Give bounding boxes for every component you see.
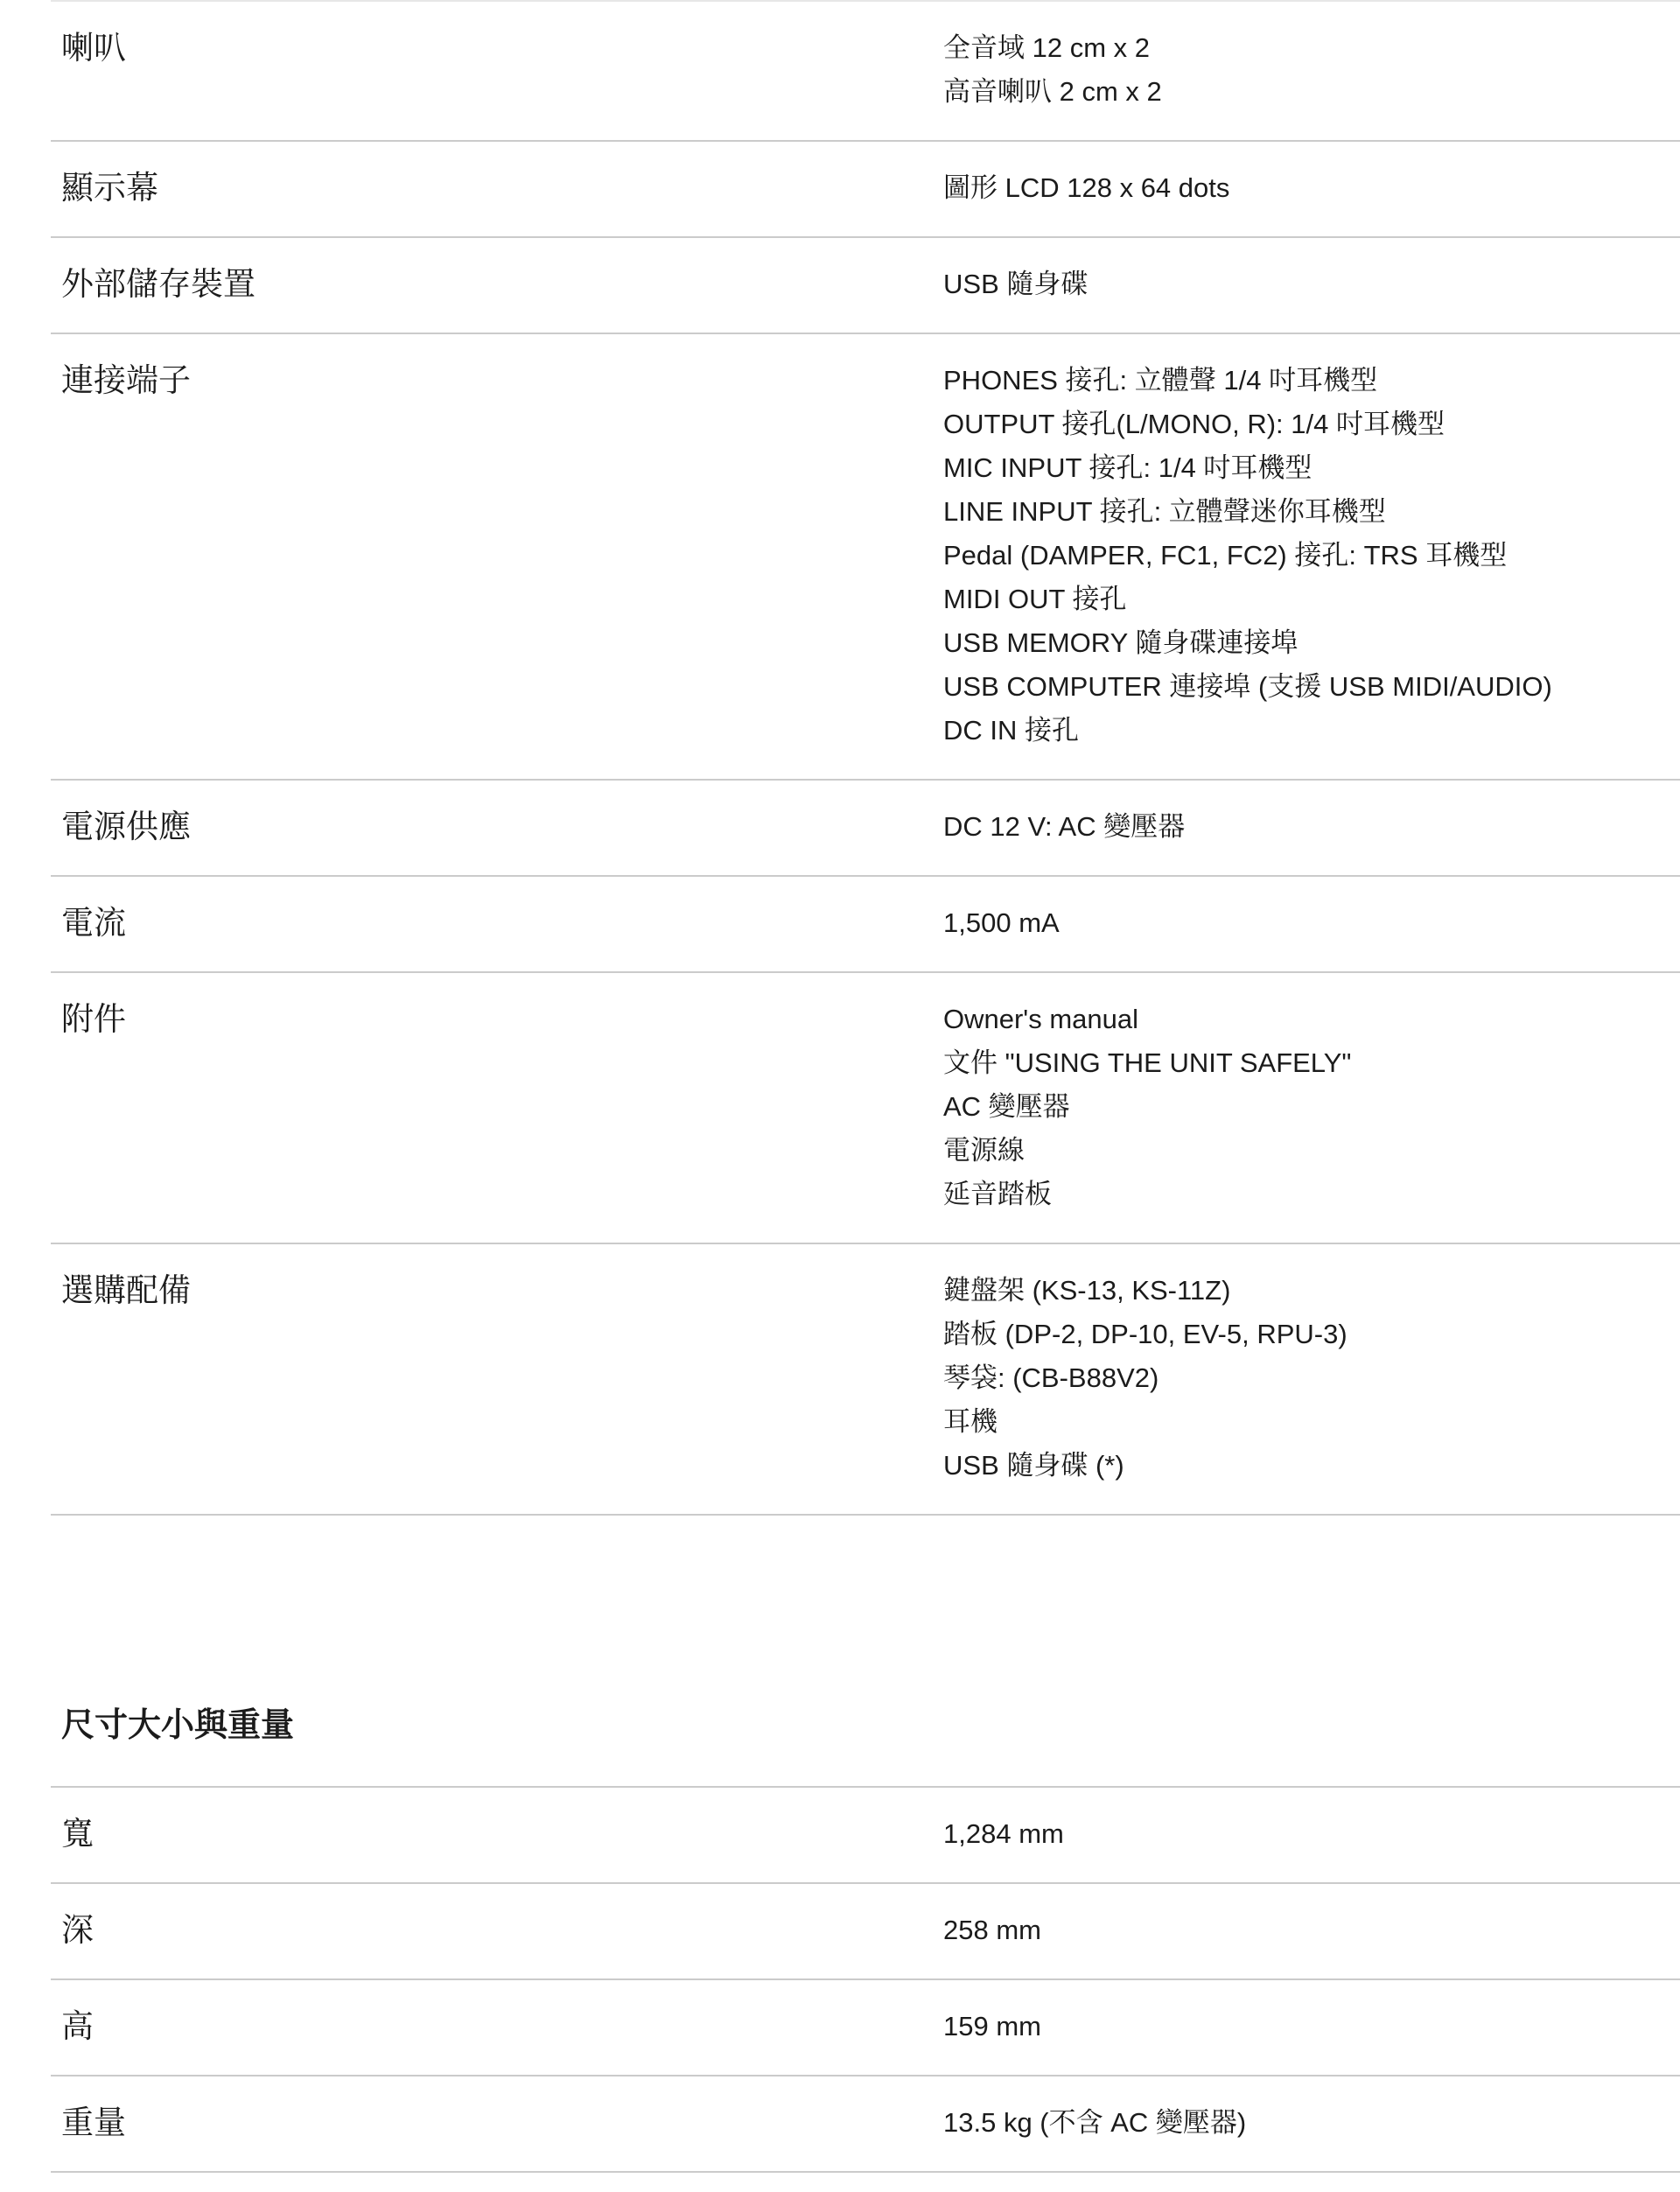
spec-value-line: 1,284 mm bbox=[943, 1812, 1064, 1856]
spec-row: 外部儲存裝置USB 隨身碟 bbox=[51, 238, 1680, 334]
spec-value-line: DC IN 接孔 bbox=[943, 709, 1552, 753]
spec-row-values: 1,284 mm bbox=[943, 1812, 1064, 1856]
spec-row-values: 圖形 LCD 128 x 64 dots bbox=[943, 166, 1229, 210]
spec-row-label: 電流 bbox=[51, 901, 943, 945]
spec-value-line: 文件 "USING THE UNIT SAFELY" bbox=[943, 1041, 1351, 1085]
spec-row-label: 連接端子 bbox=[51, 359, 943, 403]
spec-value-line: DC 12 V: AC 變壓器 bbox=[943, 805, 1185, 849]
spec-value-line: 電源線 bbox=[943, 1129, 1351, 1173]
spec-row-label: 顯示幕 bbox=[51, 166, 943, 210]
spec-row-label: 深 bbox=[51, 1908, 943, 1952]
spec-value-line: PHONES 接孔: 立體聲 1/4 吋耳機型 bbox=[943, 359, 1552, 403]
spec-value-line: USB 隨身碟 bbox=[943, 263, 1088, 306]
spec-row: 顯示幕圖形 LCD 128 x 64 dots bbox=[51, 142, 1680, 238]
spec-value-line: AC 變壓器 bbox=[943, 1085, 1351, 1129]
spec-value-line: 延音踏板 bbox=[943, 1173, 1351, 1216]
spec-value-line: 踏板 (DP-2, DP-10, EV-5, RPU-3) bbox=[943, 1313, 1347, 1356]
spec-row-values: 13.5 kg (不含 AC 變壓器) bbox=[943, 2101, 1246, 2145]
spec-value-line: USB COMPUTER 連接埠 (支援 USB MIDI/AUDIO) bbox=[943, 665, 1552, 709]
spec-value-line: MIDI OUT 接孔 bbox=[943, 578, 1552, 621]
spec-value-line: Owner's manual bbox=[943, 998, 1351, 1041]
spec-row-values: PHONES 接孔: 立體聲 1/4 吋耳機型OUTPUT 接孔(L/MONO,… bbox=[943, 359, 1552, 753]
spec-value-line: 全音域 12 cm x 2 bbox=[943, 26, 1162, 70]
spec-table: 喇叭全音域 12 cm x 2高音喇叭 2 cm x 2顯示幕圖形 LCD 12… bbox=[51, 2, 1680, 1516]
spec-row-values: 159 mm bbox=[943, 2005, 1041, 2048]
spec-row-label: 喇叭 bbox=[51, 26, 943, 70]
spec-value-line: USB MEMORY 隨身碟連接埠 bbox=[943, 621, 1552, 665]
spec-value-line: 258 mm bbox=[943, 1908, 1041, 1952]
spec-row: 重量13.5 kg (不含 AC 變壓器) bbox=[51, 2076, 1680, 2173]
spec-row-values: 全音域 12 cm x 2高音喇叭 2 cm x 2 bbox=[943, 26, 1162, 114]
spec-page: 喇叭全音域 12 cm x 2高音喇叭 2 cm x 2顯示幕圖形 LCD 12… bbox=[0, 0, 1680, 2192]
spec-value-line: 耳機 bbox=[943, 1400, 1347, 1444]
spec-row-values: DC 12 V: AC 變壓器 bbox=[943, 805, 1185, 849]
spec-value-line: USB 隨身碟 (*) bbox=[943, 1444, 1347, 1488]
spec-value-line: LINE INPUT 接孔: 立體聲迷你耳機型 bbox=[943, 490, 1552, 534]
spec-row: 寬1,284 mm bbox=[51, 1788, 1680, 1884]
spec-row: 附件Owner's manual文件 "USING THE UNIT SAFEL… bbox=[51, 973, 1680, 1244]
spec-value-line: Pedal (DAMPER, FC1, FC2) 接孔: TRS 耳機型 bbox=[943, 534, 1552, 578]
spec-row-label: 重量 bbox=[51, 2101, 943, 2145]
spec-row-values: Owner's manual文件 "USING THE UNIT SAFELY"… bbox=[943, 998, 1351, 1216]
spec-row-values: 258 mm bbox=[943, 1908, 1041, 1952]
spec-row-label: 寬 bbox=[51, 1812, 943, 1856]
spec-row-values: 1,500 mA bbox=[943, 901, 1060, 945]
spec-row-label: 附件 bbox=[51, 998, 943, 1041]
spec-row: 選購配備鍵盤架 (KS-13, KS-11Z)踏板 (DP-2, DP-10, … bbox=[51, 1244, 1680, 1516]
spec-row: 電流1,500 mA bbox=[51, 877, 1680, 973]
spec-row: 電源供應DC 12 V: AC 變壓器 bbox=[51, 781, 1680, 877]
spec-value-line: MIC INPUT 接孔: 1/4 吋耳機型 bbox=[943, 446, 1552, 490]
spec-row: 高159 mm bbox=[51, 1980, 1680, 2076]
size-weight-section-heading: 尺寸大小與重量 bbox=[51, 1704, 1680, 1788]
spec-row-label: 電源供應 bbox=[51, 805, 943, 849]
spec-value-line: 琴袋: (CB-B88V2) bbox=[943, 1356, 1347, 1400]
spec-row: 連接端子PHONES 接孔: 立體聲 1/4 吋耳機型OUTPUT 接孔(L/M… bbox=[51, 334, 1680, 781]
spec-value-line: OUTPUT 接孔(L/MONO, R): 1/4 吋耳機型 bbox=[943, 403, 1552, 446]
spec-row-label: 高 bbox=[51, 2005, 943, 2048]
spec-row: 深258 mm bbox=[51, 1884, 1680, 1980]
spec-row-values: 鍵盤架 (KS-13, KS-11Z)踏板 (DP-2, DP-10, EV-5… bbox=[943, 1269, 1347, 1488]
spec-value-line: 鍵盤架 (KS-13, KS-11Z) bbox=[943, 1269, 1347, 1313]
spec-value-line: 圖形 LCD 128 x 64 dots bbox=[943, 166, 1229, 210]
spec-value-line: 高音喇叭 2 cm x 2 bbox=[943, 70, 1162, 114]
spec-value-line: 1,500 mA bbox=[943, 901, 1060, 945]
spec-value-line: 13.5 kg (不含 AC 變壓器) bbox=[943, 2101, 1246, 2145]
spec-row-values: USB 隨身碟 bbox=[943, 263, 1088, 306]
spec-value-line: 159 mm bbox=[943, 2005, 1041, 2048]
spec-row-label: 選購配備 bbox=[51, 1269, 943, 1313]
spec-row-label: 外部儲存裝置 bbox=[51, 263, 943, 306]
size-weight-table: 寬1,284 mm深258 mm高159 mm重量13.5 kg (不含 AC … bbox=[51, 1788, 1680, 2173]
spec-row: 喇叭全音域 12 cm x 2高音喇叭 2 cm x 2 bbox=[51, 2, 1680, 142]
